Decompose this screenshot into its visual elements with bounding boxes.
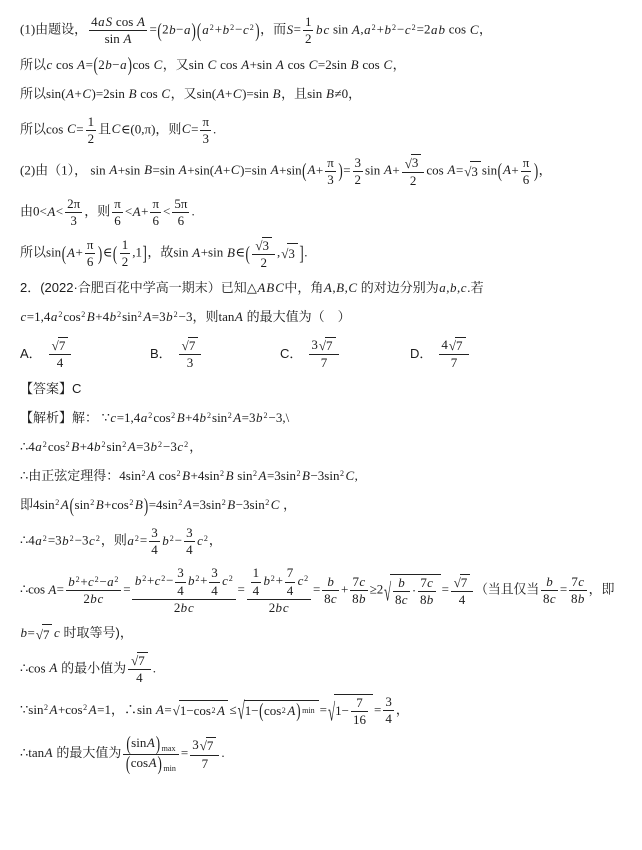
option-B: B．√73 bbox=[150, 337, 280, 372]
option-label-C: C． bbox=[280, 344, 302, 364]
option-C: C．3√77 bbox=[280, 337, 410, 372]
option-D: D．4√77 bbox=[410, 337, 471, 372]
option-label-B: B． bbox=[150, 344, 172, 364]
formula-line-2: 所以c cos A=(2b−a)cos C，又sin C cos A+sin A… bbox=[20, 55, 632, 76]
formula-line-4: 所以cos C=12且C∈(0,π)，则C=π3. bbox=[20, 114, 632, 148]
formula-line-8: 2．(2022·合肥百花中学高一期末）已知△ABC中，角A,B,C 的对边分别为… bbox=[20, 278, 632, 298]
formula-line-3: 所以sin(A+C)=2sin B cos C，又sin(A+C)=sin B，… bbox=[20, 84, 632, 104]
formula-line-14: ∴由正弦定理得：4sin2A cos2B+4sin2B sin2A=3sin2B… bbox=[20, 466, 632, 486]
formula-line-13: ∴4a2cos2B+4b2sin2A=3b2−3c2， bbox=[20, 437, 632, 457]
formula-line-1: (1)由题设，4aS cos Asin A=(2b−a)(a2+b2−c2)，而… bbox=[20, 14, 632, 48]
formula-line-19: ∴cos A 的最小值为√74. bbox=[20, 652, 632, 687]
option-A: A．√74 bbox=[20, 337, 150, 372]
option-label-A: A． bbox=[20, 344, 42, 364]
formula-line-6: 由0<A<2π3，则π6<A+π6<5π6. bbox=[20, 196, 632, 230]
formula-line-5: (2)由（1）， sin A+sin B=sin A+sin(A+C)=sin … bbox=[20, 154, 632, 189]
formula-line-7: 所以sin(A+π6)∈(12,1]，故sin A+sin B∈(√32,√3]… bbox=[20, 236, 632, 271]
formula-line-9: c=1,4a2cos2B+4b2sin2A=3b2−3，则tanA 的最大值为（… bbox=[20, 307, 632, 327]
formula-line-16: ∴4a2=3b2−3c2，则a2=34b2−34c2， bbox=[20, 525, 632, 559]
formula-line-11: 【答案】C bbox=[20, 379, 632, 399]
option-label-D: D． bbox=[410, 344, 432, 364]
answer-options-row: A．√74B．√73C．3√77D．4√77 bbox=[20, 337, 632, 372]
formula-line-18: b=√7c 时取等号)， bbox=[20, 623, 632, 645]
document-page: (1)由题设，4aS cos Asin A=(2b−a)(a2+b2−c2)，而… bbox=[0, 0, 642, 774]
formula-line-17: ∴cos A=b2+c2−a22bc=b2+c2−34b2+34c22bc=14… bbox=[20, 565, 632, 616]
formula-line-12: 【解析】解： ∵c=1,4a2cos2B+4b2sin2A=3b2−3,\ bbox=[20, 408, 632, 428]
formula-line-20: ∵sin2A+cos2A=1，∴sin A=√1−cos2A≤√1−(cos2A… bbox=[20, 694, 632, 729]
formula-line-21: ∴tanA 的最大值为(sinA)max(cosA)min=3√77. bbox=[20, 735, 632, 773]
formula-line-15: 即4sin2A(sin2B+cos2B)=4sin2A=3sin2B−3sin2… bbox=[20, 495, 632, 516]
